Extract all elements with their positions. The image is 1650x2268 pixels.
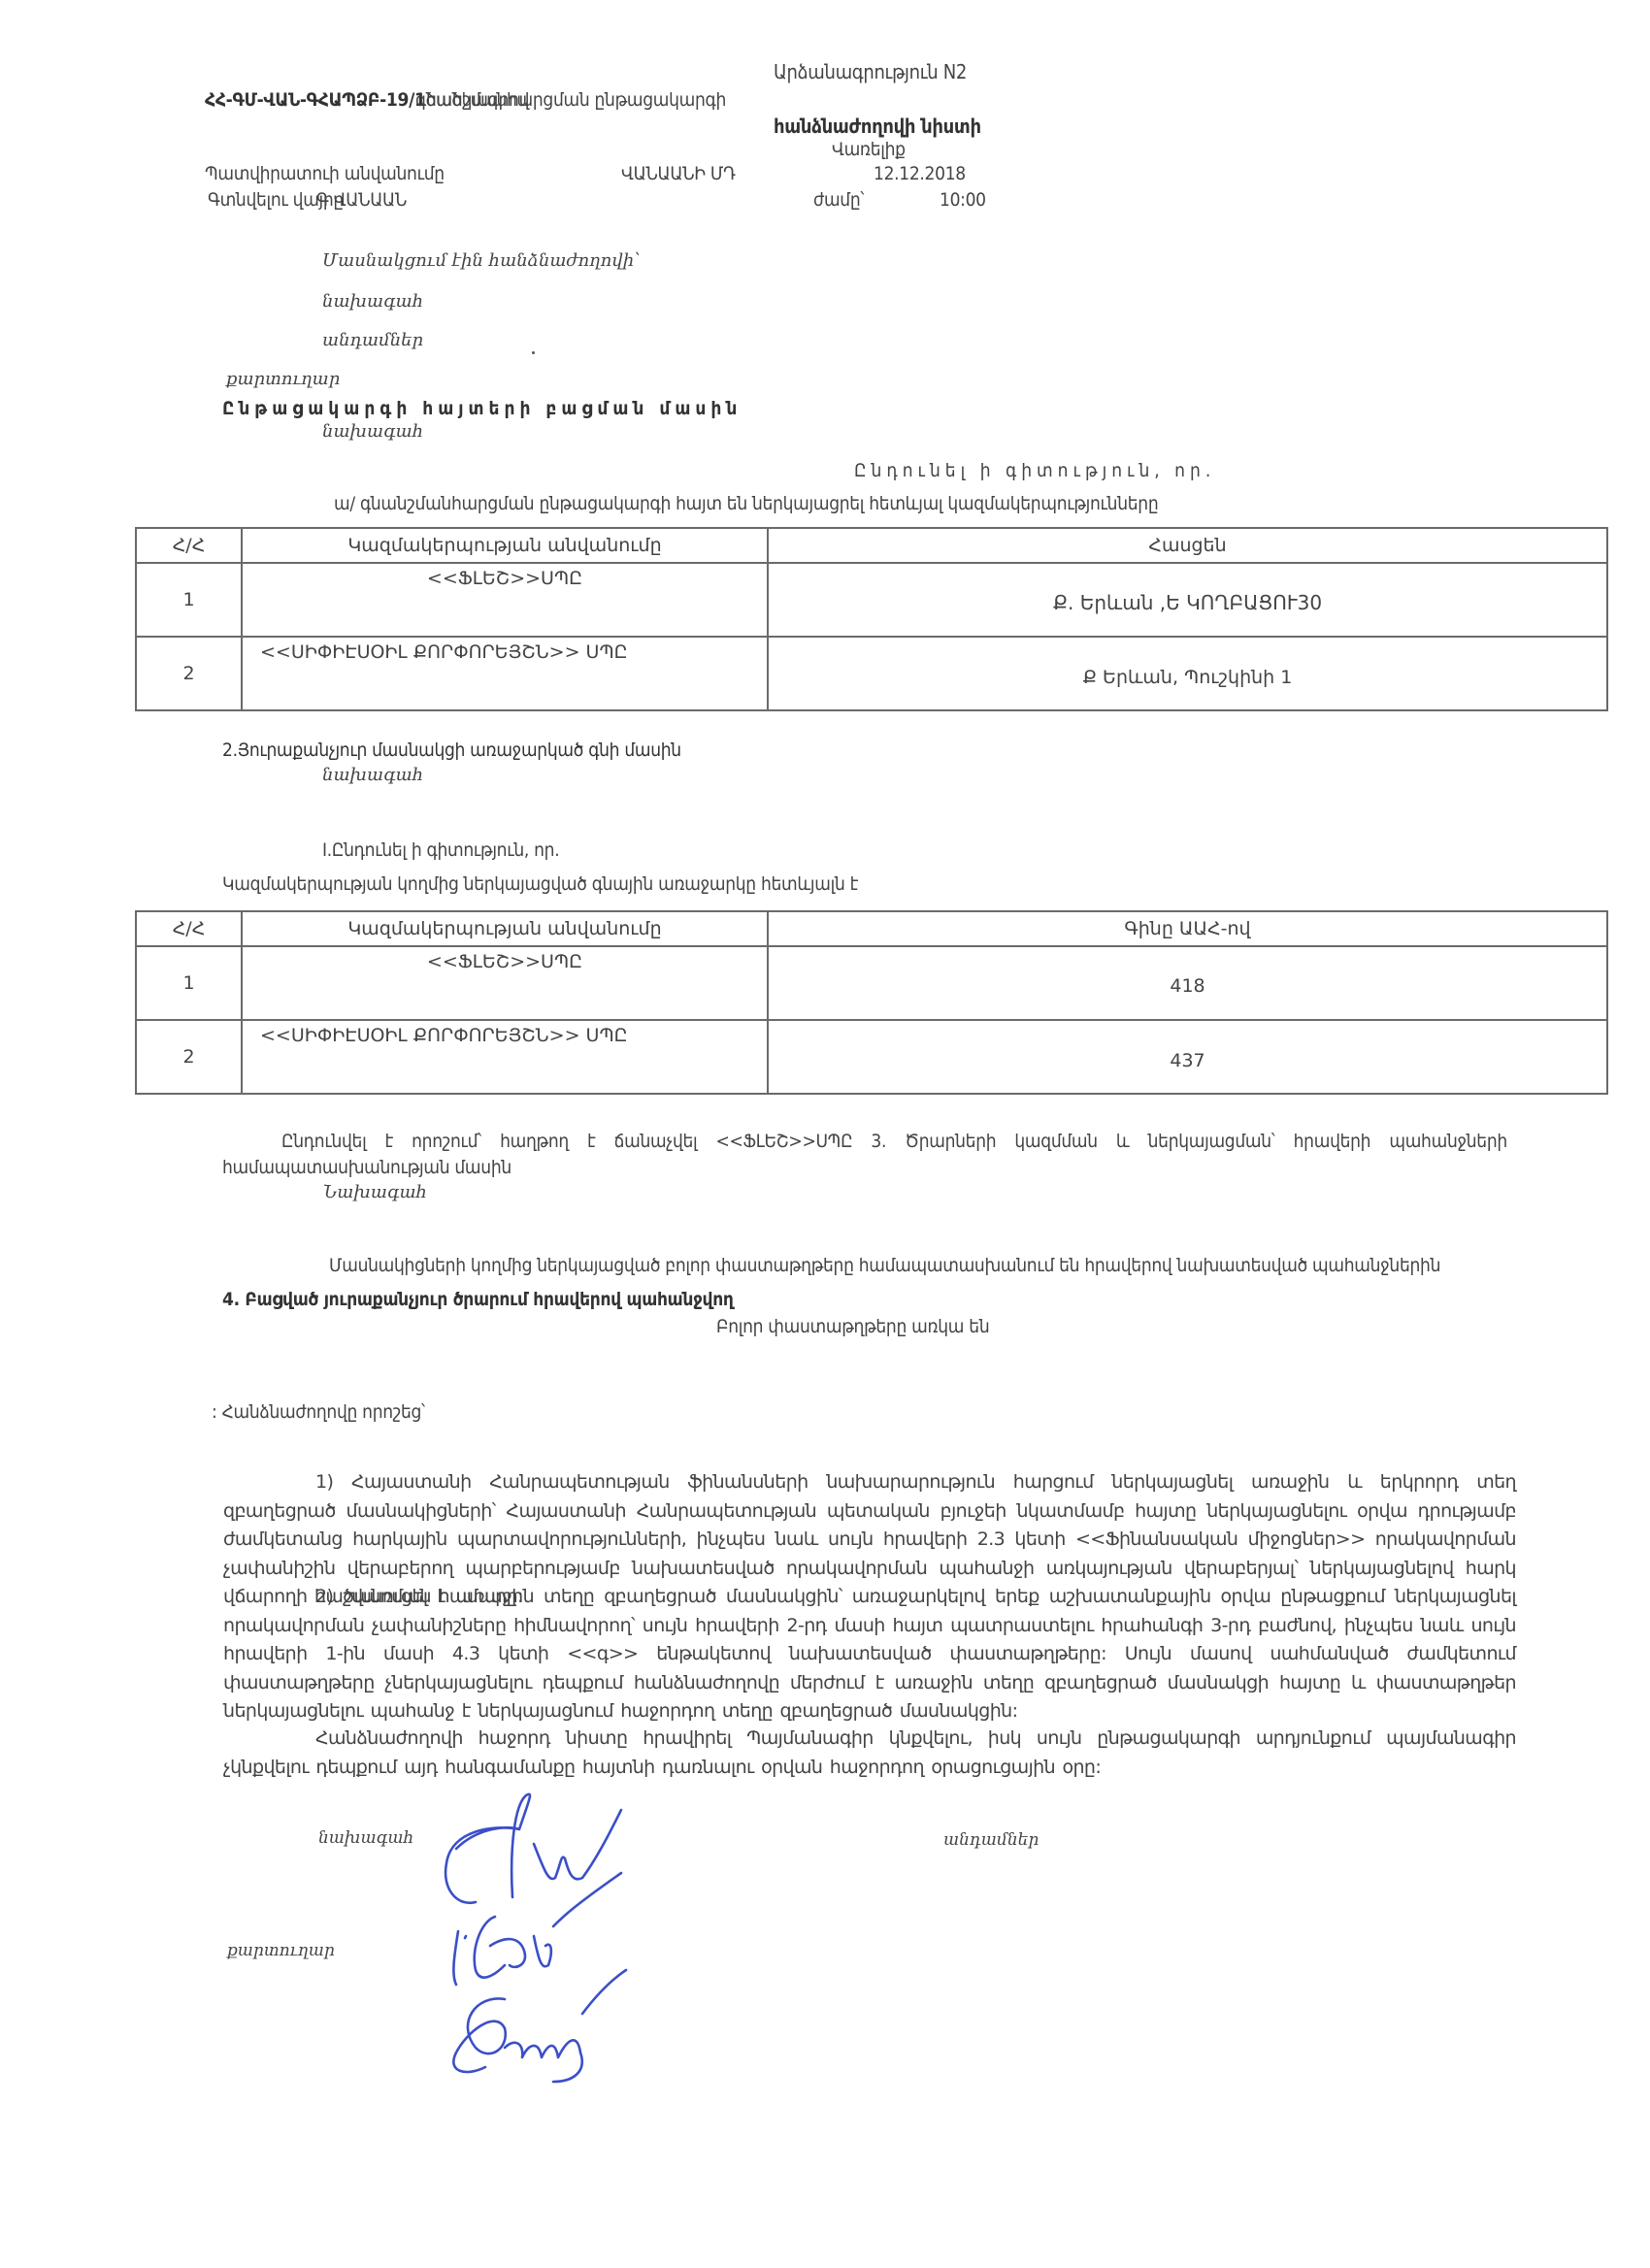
table-row: 2 <<ՍԻՓԻԷՍՕԻԼ ՔՈՐՓՈՐԵՅՇՆ>> ՍՊԸ Ք Երևան, … <box>136 637 1607 710</box>
organization-name: <<ՖԼԵՇ>>ՍՊԸ <box>243 568 767 589</box>
handwritten-signatures-icon <box>437 1791 728 2091</box>
organization-name: <<ՖԼԵՇ>>ՍՊԸ <box>243 951 767 972</box>
signature-label-chair: նախագահ <box>318 1828 413 1848</box>
procedure-type: գնանշմանհարցման ընթացակարգի <box>415 89 726 111</box>
column-header-number: Հ/Հ <box>136 911 242 946</box>
attendees-secretary: քարտուղար <box>226 369 340 389</box>
price-cell: 437 <box>768 1020 1607 1094</box>
address-cell: Ք Երևան, Պուշկինի 1 <box>768 637 1607 710</box>
decision-item-2-text: 2) ծանուցել է առաջին տեղը զբաղեցրած մասն… <box>223 1586 1516 1722</box>
section3-speaker: Նախագահ <box>323 1182 427 1202</box>
section1-title: Ընթացակարգի հայտերի բացման մասին <box>222 398 742 419</box>
section2-speaker: նախագահ <box>322 765 423 785</box>
section2-resolved: I.Ընդունել ի գիտություն, որ. <box>322 839 559 861</box>
attendees-chair: նախագահ <box>322 291 423 312</box>
column-header-organization: Կազմակերպության անվանումը <box>242 528 768 563</box>
table-row: 1 <<ՖԼԵՇ>>ՍՊԸ 418 <box>136 946 1607 1020</box>
organization-name-cell: <<ՍԻՓԻԷՍՕԻԼ ՔՈՐՓՈՐԵՅՇՆ>> ՍՊԸ <box>242 637 768 710</box>
column-header-organization: Կազմակերպության անվանումը <box>242 911 768 946</box>
section3-conclusion: Մասնակիցների կողմից ներկայացված բոլոր փա… <box>329 1255 1440 1276</box>
ordering-party-value: ՎԱՆԱԱՆԻ ՄԴ <box>621 163 736 184</box>
address-cell: Ք. Երևան ,Ե ԿՈՂԲԱՑՈՒ30 <box>768 563 1607 637</box>
procedure-code: ՀՀ-ԳՄ-ՎԱՆ-ԳՀԱՊՁԲ-19/1 <box>205 89 426 111</box>
meeting-date: 12.12.2018 <box>874 163 966 184</box>
time-label: ժամը՝ <box>813 189 864 211</box>
row-number: 2 <box>136 637 242 710</box>
column-header-price: Գինը ԱԱՀ-ով <box>768 911 1607 946</box>
column-header-address: Հասցեն <box>768 528 1607 563</box>
protocol-number: Արձանագրություն N2 <box>774 60 967 83</box>
section1-resolved: Ընդունել ի գիտություն, որ. <box>854 460 1215 481</box>
attendees-title: Մասնակցում էին հանձնաժողովի՝ <box>322 250 641 271</box>
bidders-address-table: Հ/Հ Կազմակերպության անվանումը Հասցեն 1 <… <box>135 527 1608 711</box>
organization-name-cell: <<ՖԼԵՇ>>ՍՊԸ <box>242 946 768 1020</box>
address-value: Ք. Երևան ,Ե ԿՈՂԲԱՑՈՒ30 <box>1053 591 1322 614</box>
price-value: 418 <box>1170 975 1204 997</box>
table-row: 1 <<ՖԼԵՇ>>ՍՊԸ Ք. Երևան ,Ե ԿՈՂԲԱՑՈՒ30 <box>136 563 1607 637</box>
column-header-number: Հ/Հ <box>136 528 242 563</box>
decision-item-2: 2) ծանուցել է առաջին տեղը զբաղեցրած մասն… <box>223 1583 1516 1726</box>
section1-speaker: նախագահ <box>322 421 423 442</box>
signature-label-secretary: քարտուղար <box>227 1941 335 1960</box>
decision-item-3-text: Հանձնաժողովի հաջորդ նիստը հրավիրել Պայմա… <box>223 1727 1516 1778</box>
organization-name-cell: <<ՍԻՓԻԷՍՕԻԼ ՔՈՐՓՈՐԵՅՇՆ>> ՍՊԸ <box>242 1020 768 1094</box>
section4-conclusion: Բոլոր փաստաթղթերը առկա են <box>716 1316 989 1337</box>
section4-title: 4. Բացված յուրաքանչյուր ծրարում հրավերով… <box>222 1289 734 1310</box>
table-header-row: Հ/Հ Կազմակերպության անվանումը Հասցեն <box>136 528 1607 563</box>
signature-label-members: անդամներ <box>943 1830 1039 1850</box>
organization-name: <<ՍԻՓԻԷՍՕԻԼ ՔՈՐՓՈՐԵՅՇՆ>> ՍՊԸ <box>260 641 628 663</box>
location-value: Գ ՎԱՆԱԱՆ <box>316 189 407 211</box>
row-number: 1 <box>136 563 242 637</box>
table-row: 2 <<ՍԻՓԻԷՍՕԻԼ ՔՈՐՓՈՐԵՅՇՆ>> ՍՊԸ 437 <box>136 1020 1607 1094</box>
ordering-party-label: Պատվիրատուի անվանումը <box>205 163 445 184</box>
winner-decision: Ընդունվել է որոշում՝ հաղթող է ճանաչվել <… <box>281 1131 1507 1152</box>
date-label: Վառելիք <box>832 139 906 160</box>
section1-intro: ա/ գնանշմանհարցման ընթացակարգի հայտ են ն… <box>334 493 1158 514</box>
row-number: 1 <box>136 946 242 1020</box>
row-number: 2 <box>136 1020 242 1094</box>
section2-intro: Կազմակերպության կողմից ներկայացված գնայի… <box>222 873 858 895</box>
price-cell: 418 <box>768 946 1607 1020</box>
stray-dot <box>532 351 535 354</box>
bidders-price-table: Հ/Հ Կազմակերպության անվանումը Գինը ԱԱՀ-ո… <box>135 910 1608 1095</box>
meeting-time: 10:00 <box>940 189 986 211</box>
section3-title: համապատասխանության մասին <box>222 1157 511 1178</box>
attendees-members: անդամներ <box>322 330 423 350</box>
decision-item-3: Հանձնաժողովի հաջորդ նիստը հրավիրել Պայմա… <box>223 1725 1516 1782</box>
table-header-row: Հ/Հ Կազմակերպության անվանումը Գինը ԱԱՀ-ո… <box>136 911 1607 946</box>
organization-name: <<ՍԻՓԻԷՍՕԻԼ ՔՈՐՓՈՐԵՅՇՆ>> ՍՊԸ <box>260 1025 628 1046</box>
commission-session: հանձնաժողովի նիստի <box>774 115 981 138</box>
address-value: Ք Երևան, Պուշկինի 1 <box>1083 667 1293 688</box>
section2-title: 2.Յուրաքանչյուր մասնակցի առաջարկած գնի մ… <box>222 740 681 761</box>
price-value: 437 <box>1170 1050 1204 1071</box>
organization-name-cell: <<ՖԼԵՇ>>ՍՊԸ <box>242 563 768 637</box>
decision-title: : Հանձնաժողովը որոշեց՝ <box>212 1401 425 1423</box>
